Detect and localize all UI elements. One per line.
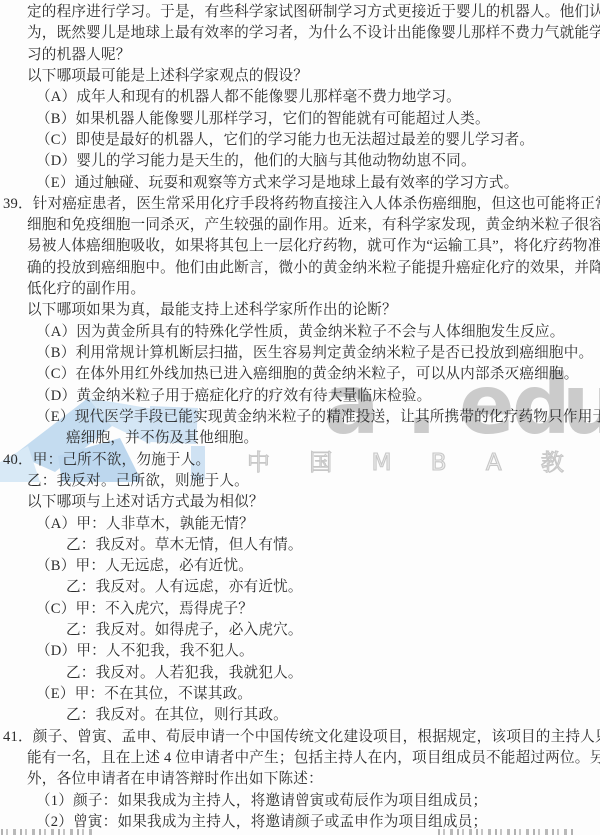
text-line: （D）甲：人不犯我，我不犯人。 [0,641,600,662]
text-line: （B）如果机器人能像婴儿那样学习，它们的智能就有可能超过人类。 [0,109,600,130]
text-line: （E）通过触碰、玩耍和观察等方式来学习是地球上最有效率的学习方式。 [0,173,600,194]
text-line: （A）甲：人非草木，孰能无情？ [0,514,600,535]
text-line: （E）现代医学手段已能实现黄金纳米粒子的精准投送，让其所携带的化疗药物只作用于 [0,407,600,428]
text-line: 细胞和免疫细胞一同杀灭，产生较强的副作用。近来，有科学家发现，黄金纳米粒子很容 [0,215,600,236]
text-line: 乙：我反对。己所欲，则施于人。 [0,471,600,492]
text-line: （C）甲：不入虎穴，焉得虎子？ [0,599,600,620]
text-line: （D）黄金纳米粒子用于癌症化疗的疗效有待大量临床检验。 [0,386,600,407]
text-line: （A）因为黄金所具有的特殊化学性质，黄金纳米粒子不会与人体细胞发生反应。 [0,322,600,343]
text-line: 易被人体癌细胞吸收，如果将其包上一层化疗药物，就可作为“运输工具”，将化疗药物准 [0,236,600,257]
text-line: 乙：我反对。如得虎子，必入虎穴。 [0,620,600,641]
text-line: 以下哪项最可能是上述科学家观点的假设？ [0,66,600,87]
text-line: 乙：我反对。在其位，则行其政。 [0,705,600,726]
text-line: （C）在体外用红外线加热已进入癌细胞的黄金纳米粒子，可以从内部杀灭癌细胞。 [0,364,600,385]
text-line: 40．甲：己所不欲，勿施于人。 [0,450,600,471]
text-line: （D）婴儿的学习能力是天生的，他们的大脑与其他动物幼崽不同。 [0,151,600,172]
text-line: 39．针对癌症患者，医生常采用化疗手段将药物直接注入人体杀伤癌细胞，但这也可能将… [0,194,600,215]
text-line: 定的程序进行学习。于是，有些科学家试图研制学习方式更接近于婴儿的机器人。他们认 [0,2,600,23]
text-line: 乙：我反对。草木无情，但人有情。 [0,535,600,556]
document-page: a.edu 中 国 M B A 教 育 网 定的程序进行学习。于是，有些科学家试… [0,0,600,835]
text-line: 低化疗的副作用。 [0,279,600,300]
cutoff-text-fragment-right [438,829,576,835]
text-line: （A）成年人和现有的机器人都不能像婴儿那样毫不费力地学习。 [0,87,600,108]
text-line: 确的投放到癌细胞中。他们由此断言，微小的黄金纳米粒子能提升癌症化疗的效果，并降 [0,258,600,279]
text-line: 以下哪项如果为真，最能支持上述科学家所作出的论断？ [0,300,600,321]
text-line: 以下哪项与上述对话方式最为相似？ [0,492,600,513]
text-line: 习的机器人呢？ [0,45,600,66]
text-line: （C）即使是最好的机器人，它们的学习能力也无法超过最差的婴儿学习者。 [0,130,600,151]
text-line: 41．颜子、曾寅、孟申、荀辰申请一个中国传统文化建设项目，根据规定，该项目的主持… [0,727,600,748]
text-line: 为，既然婴儿是地球上最有效率的学习者，为什么不设计出能像婴儿那样不费力气就能学 [0,23,600,44]
text-line: （E）甲：不在其位，不谋其政。 [0,684,600,705]
text-line: 能有一名，且在上述 4 位申请者中产生；包括主持人在内，项目组成员不能超过两位。… [0,748,600,769]
text-line: （B）甲：人无远虑，必有近忧。 [0,556,600,577]
text-line: 乙：我反对。人有远虑，亦有近忧。 [0,577,600,598]
text-line: 癌细胞，并不伤及其他细胞。 [0,428,600,449]
document-lines: 定的程序进行学习。于是，有些科学家试图研制学习方式更接近于婴儿的机器人。他们认为… [0,0,600,833]
text-line: （1）颜子：如果我成为主持人，将邀请曾寅或荀辰作为项目组成员； [0,791,600,812]
text-line: （B）利用常规计算机断层扫描，医生容易判定黄金纳米粒子是否已投放到癌细胞中。 [0,343,600,364]
text-line: 乙：我反对。人若犯我，我就犯人。 [0,663,600,684]
text-line: 外，各位申请者在申请答辩时作出如下陈述： [0,769,600,790]
cutoff-text-fragment-left [1,829,96,835]
